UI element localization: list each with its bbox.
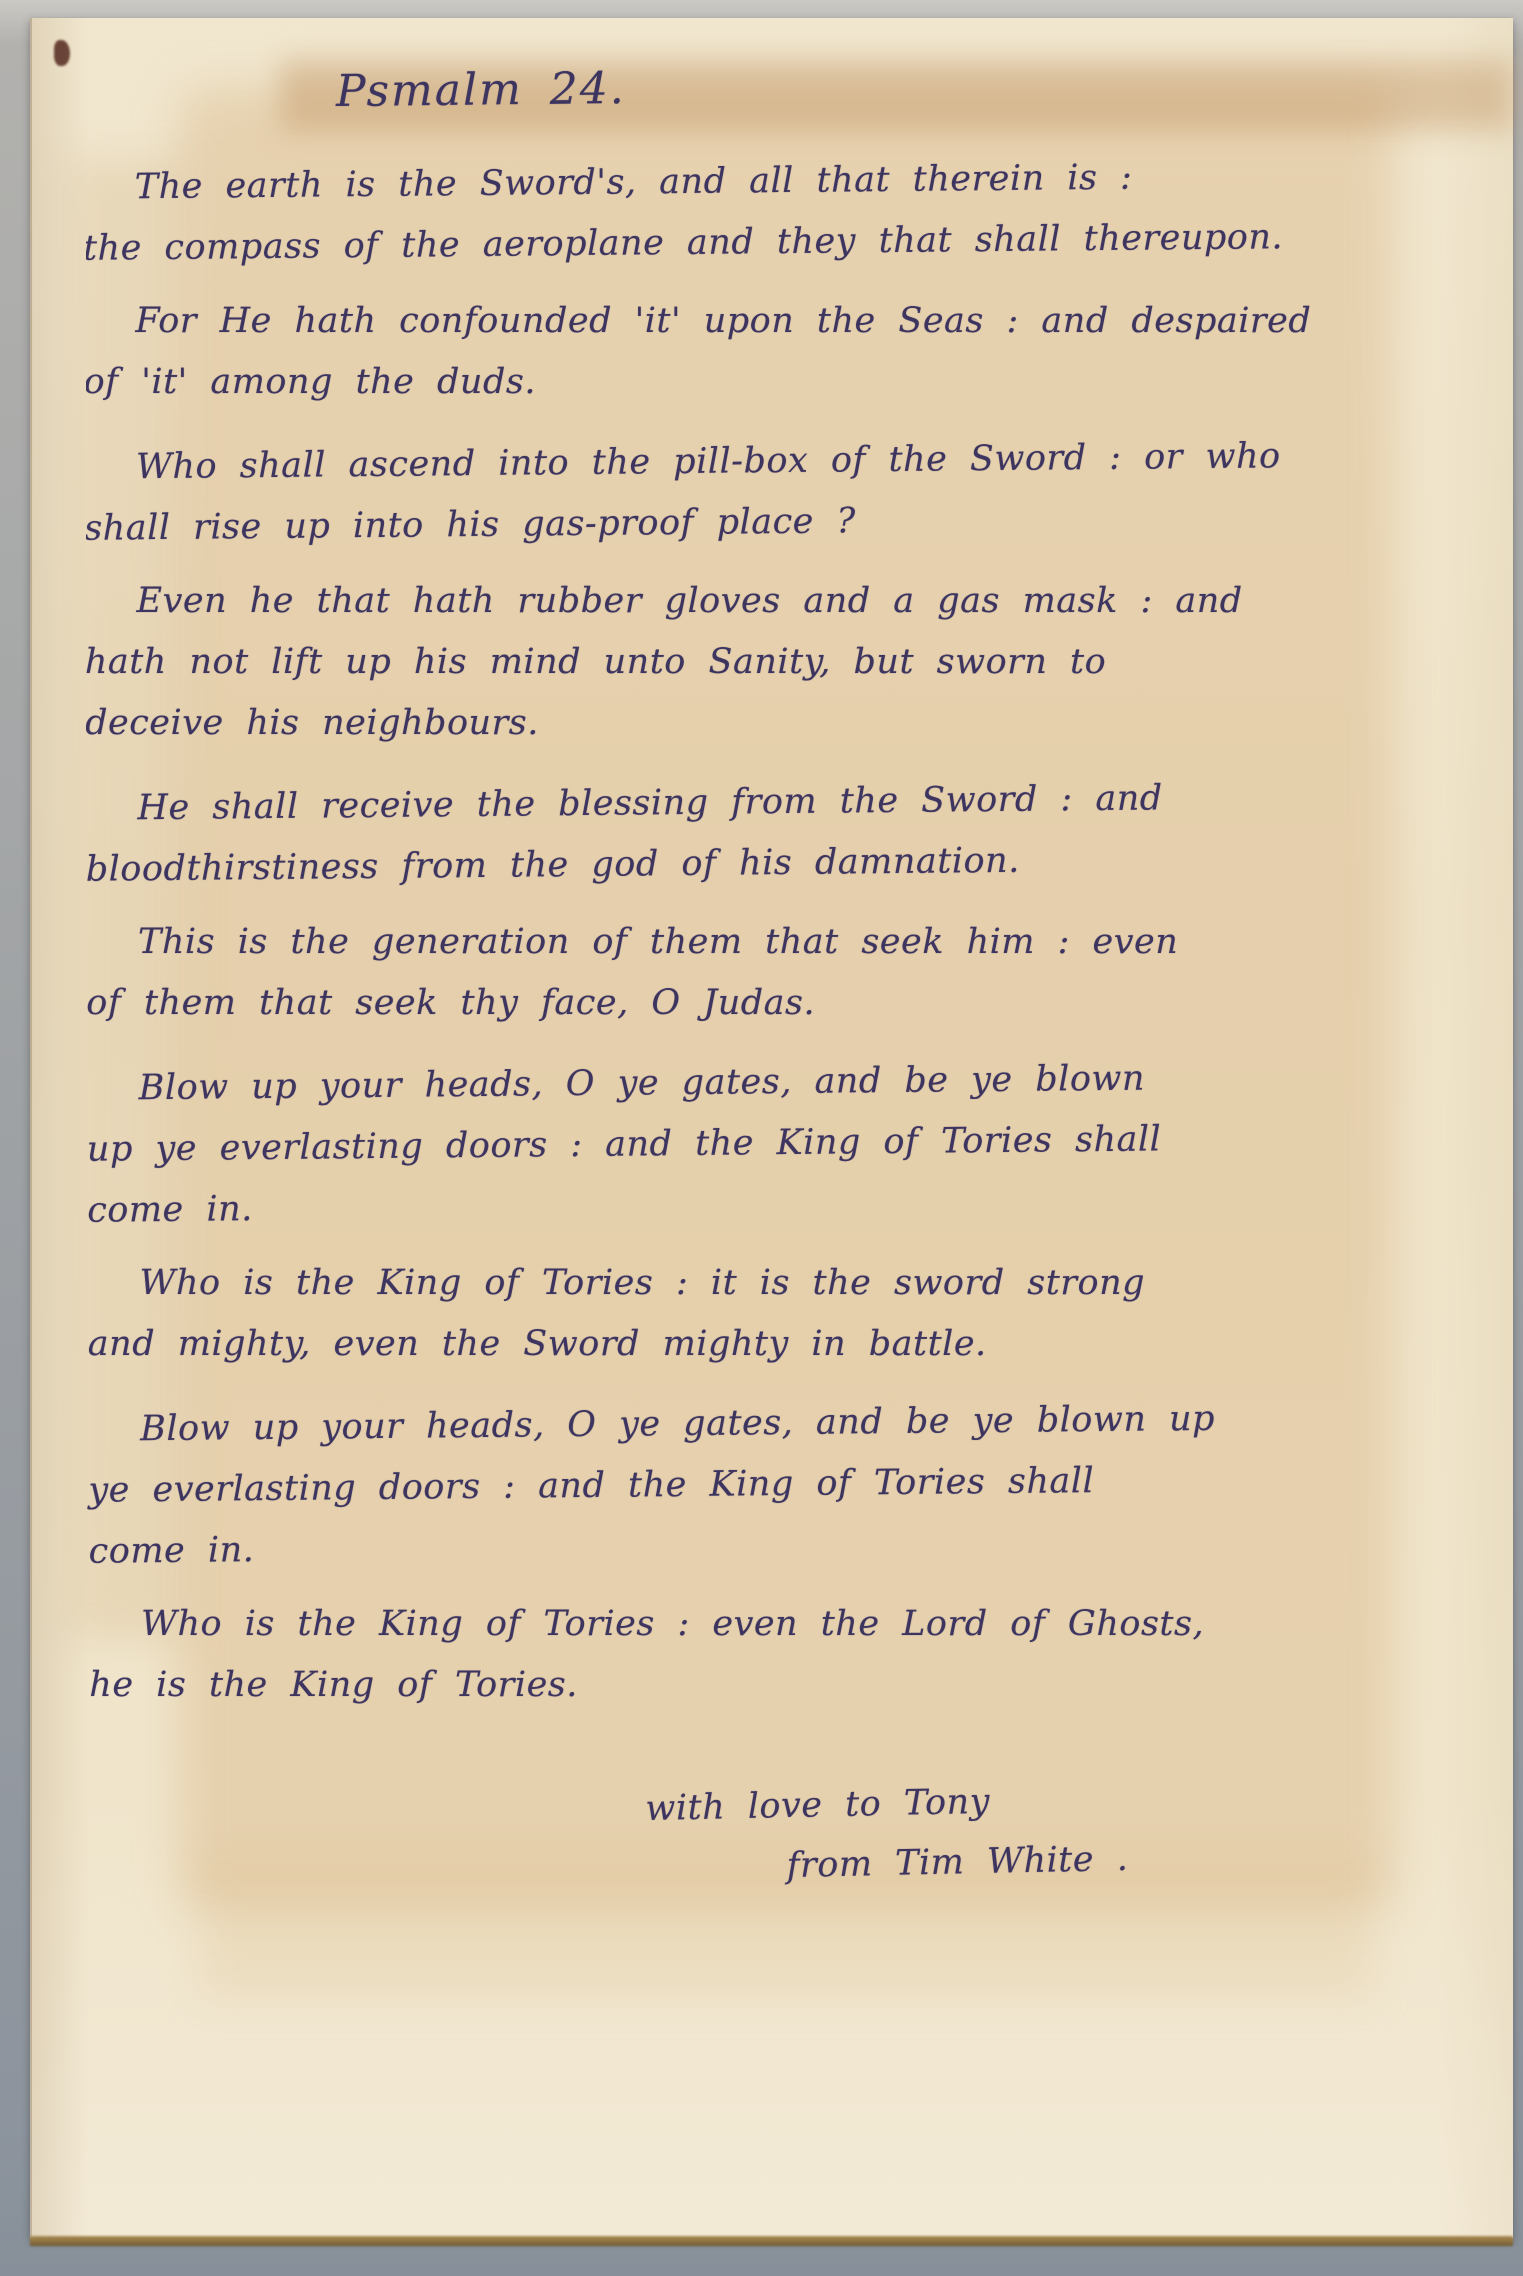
- verse-line: deceive his neighbours.: [86, 693, 1492, 754]
- handwritten-text: Psmalm 24. The earth is the Sword's, and…: [86, 38, 1493, 2238]
- verse: He shall receive the blessing from the S…: [86, 769, 1493, 897]
- page-edge: [30, 2236, 1513, 2246]
- page-title: Psmalm 24.: [336, 54, 1493, 117]
- verse-line: the compass of the aeroplane and they th…: [86, 205, 1490, 280]
- verse-line: hath not lift up his mind unto Sanity, b…: [86, 632, 1492, 693]
- verse-line: and mighty, even the Sword mighty in bat…: [88, 1314, 1493, 1375]
- verse: For He hath confounded 'it' upon the Sea…: [86, 288, 1491, 416]
- photograph-of-book-page: Psmalm 24. The earth is the Sword's, and…: [0, 0, 1523, 2276]
- verse: Who shall ascend into the pill-box of th…: [86, 428, 1491, 556]
- verse: Who is the King of Tories : even the Lor…: [89, 1591, 1493, 1719]
- verse-line: of 'it' among the duds.: [86, 352, 1491, 413]
- verse: Blow up your heads, O ye gates, and be y…: [88, 1390, 1493, 1579]
- verse-line: This is the generation of them that seek…: [86, 912, 1493, 973]
- verse-line: shall rise up into his gas-proof place ?: [86, 485, 1491, 560]
- verse-line: Even he that hath rubber gloves and a ga…: [86, 571, 1492, 632]
- verse: Who is the King of Tories : it is the sw…: [87, 1250, 1493, 1378]
- manuscript-page: Psmalm 24. The earth is the Sword's, and…: [30, 18, 1513, 2238]
- verse-line: come in.: [87, 1167, 1493, 1242]
- verse: The earth is the Sword's, and all that t…: [86, 148, 1490, 276]
- verse-line: of them that seek thy face, O Judas.: [86, 973, 1493, 1034]
- verse-line: bloodthirstiness from the god of his dam…: [86, 826, 1493, 901]
- ink-spot: [54, 40, 70, 66]
- verse-line: he is the King of Tories.: [89, 1655, 1493, 1716]
- verse: Even he that hath rubber gloves and a ga…: [86, 568, 1492, 757]
- verse-line: For He hath confounded 'it' upon the Sea…: [86, 291, 1490, 352]
- verse-line: Who is the King of Tories : even the Lor…: [89, 1594, 1493, 1655]
- psalm-verses: The earth is the Sword's, and all that t…: [86, 148, 1493, 1719]
- verse-line: Who is the King of Tories : it is the sw…: [88, 1253, 1493, 1314]
- verse: Blow up your heads, O ye gates, and be y…: [87, 1049, 1493, 1238]
- dedication: with love to Tony from Tim White .: [86, 1761, 1493, 1910]
- verse-line: come in.: [88, 1508, 1493, 1583]
- verse: This is the generation of them that seek…: [86, 909, 1493, 1037]
